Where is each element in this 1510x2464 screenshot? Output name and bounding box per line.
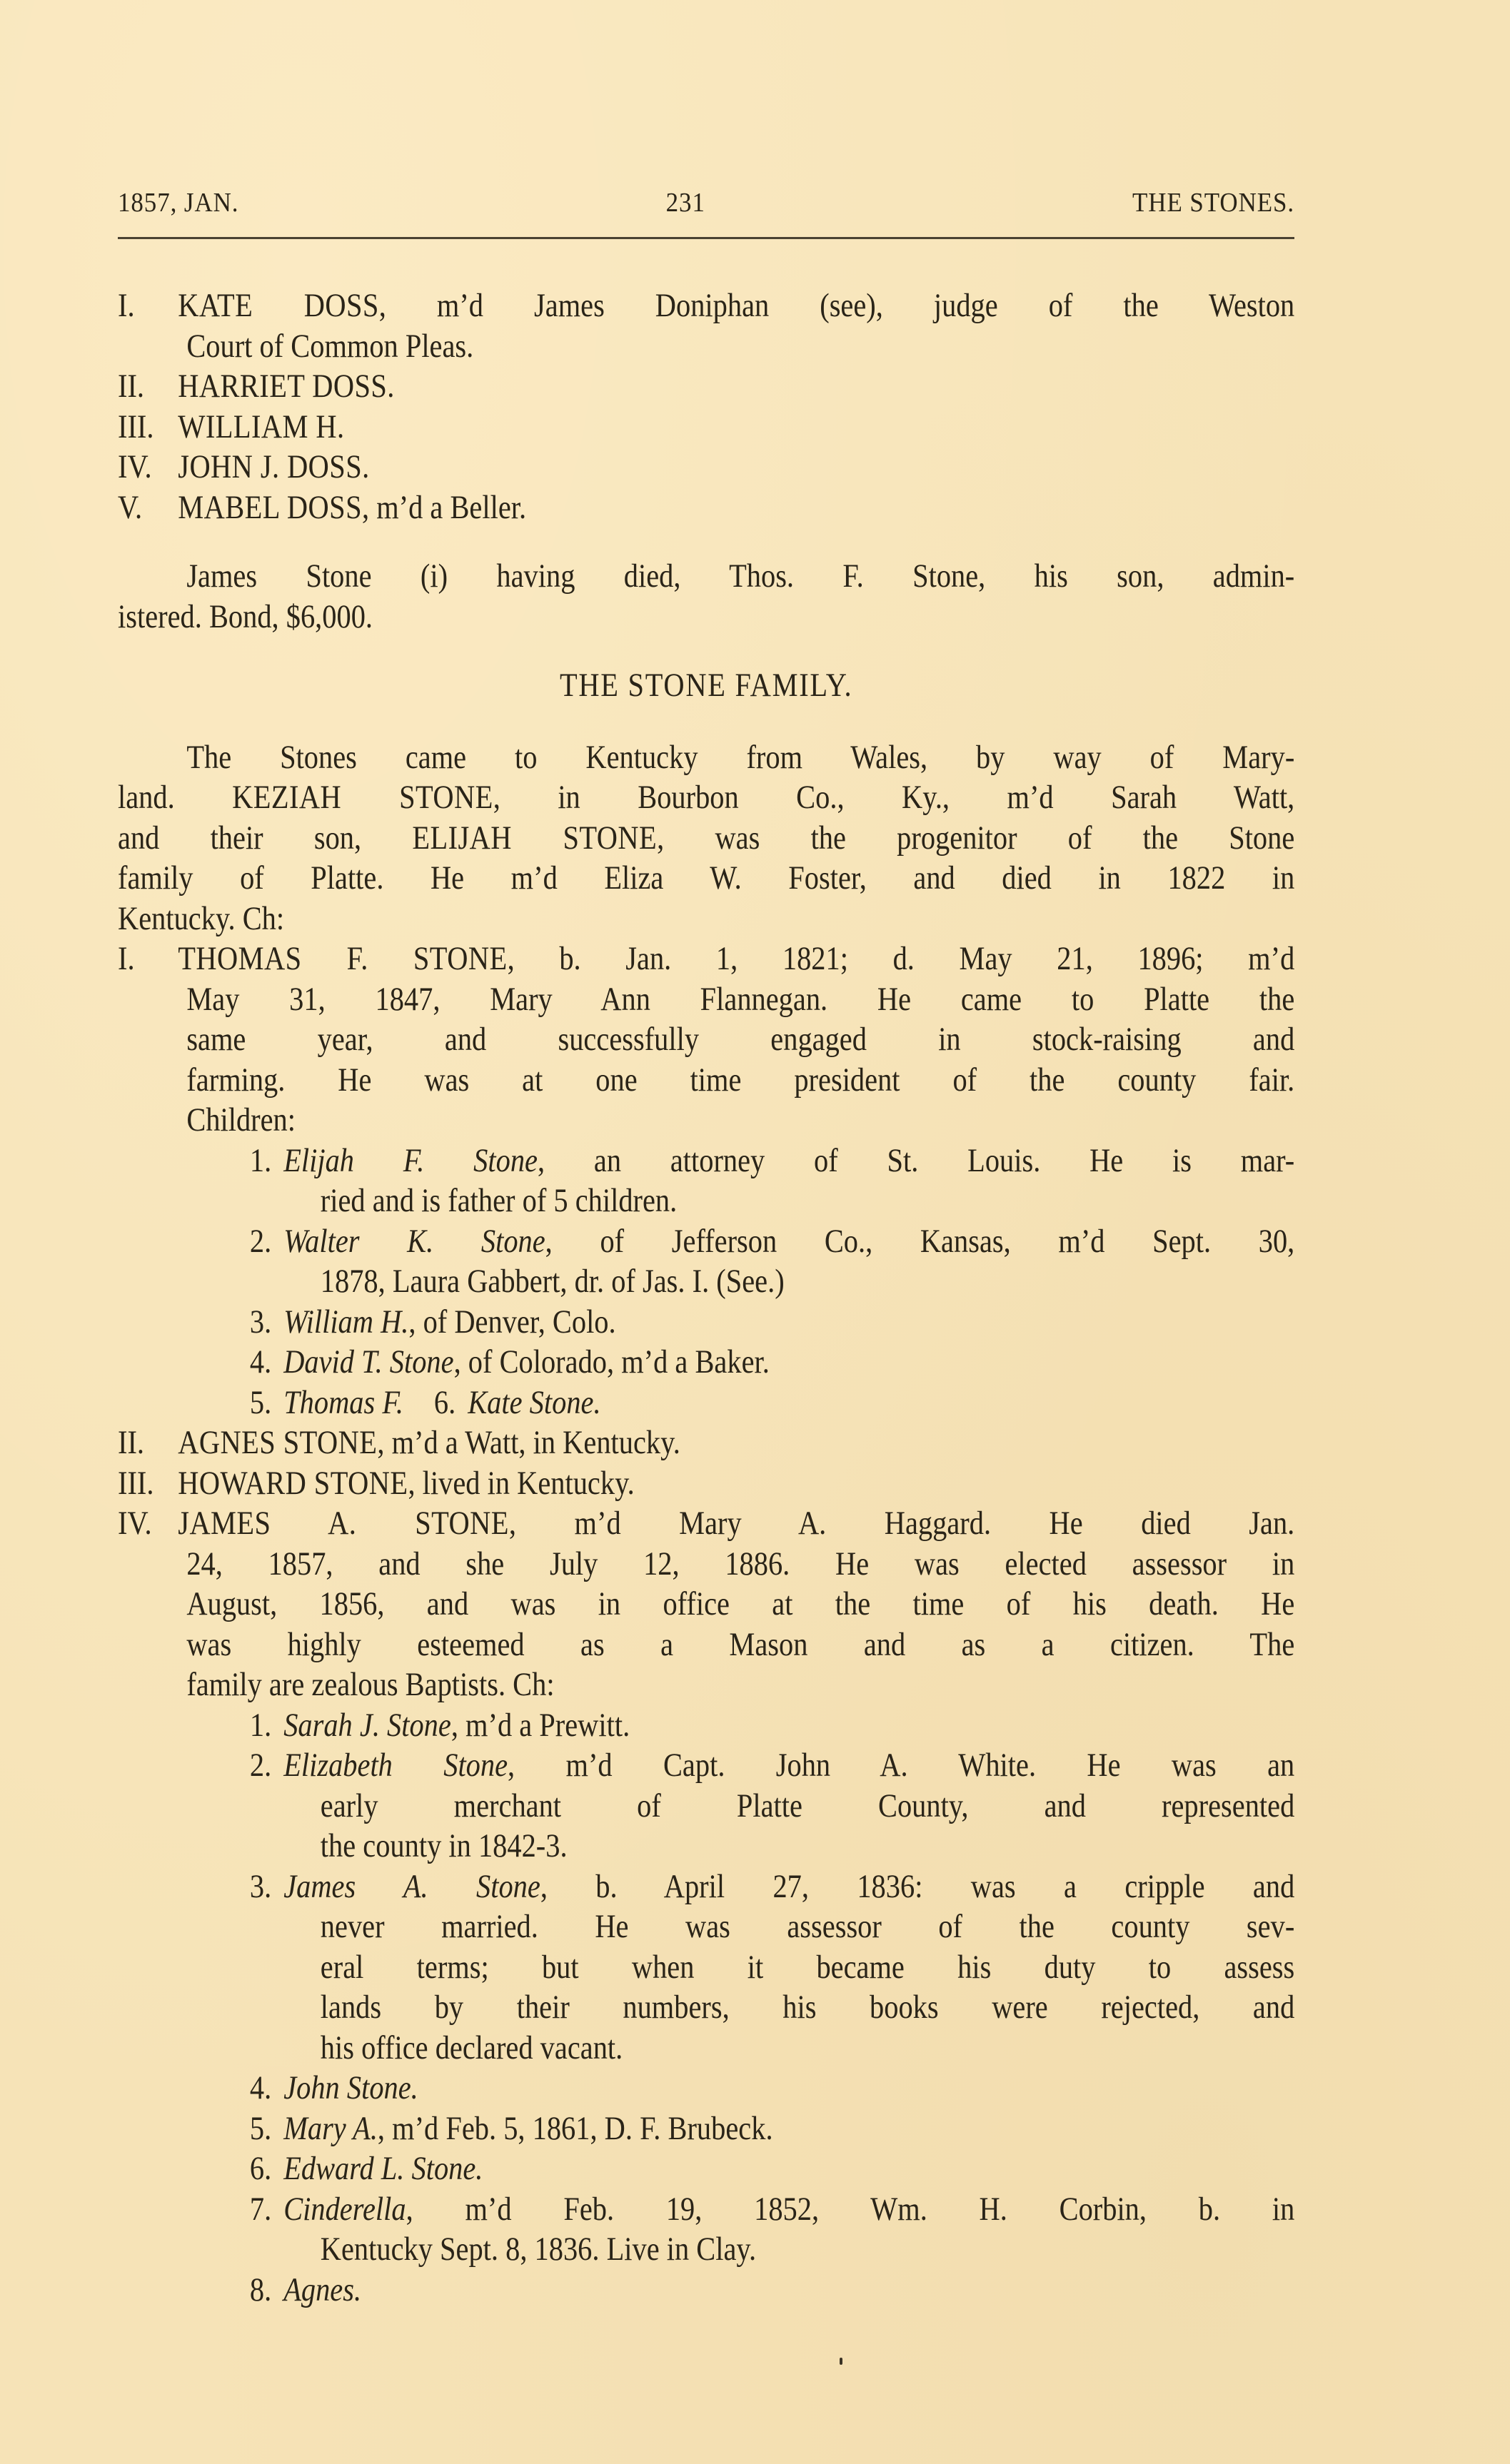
running-head-title: THE STONES. — [1132, 187, 1294, 218]
person-name: Edward L. Stone. — [283, 2150, 483, 2187]
person-name: James A. Stone — [283, 1868, 540, 1905]
grandchild-entry: 3.James A. Stone, b. April 27, 1836: was… — [118, 1867, 1294, 2069]
doss-child-entry: II.HARRIET DOSS. — [118, 366, 1294, 407]
doss-child-entry: III.WILLIAM H. — [118, 407, 1294, 448]
person-name: JAMES A. STONE — [178, 1505, 509, 1542]
person-name: HOWARD STONE — [178, 1465, 408, 1502]
person-name: Mary A. — [283, 2110, 378, 2147]
running-head: 1857, JAN. 231 THE STONES. — [118, 187, 1294, 223]
stone-child-entry-james: IV.JAMES A. STONE, m’d Mary A. Haggard. … — [118, 1503, 1294, 2310]
intro-paragraph: The Stones came to Kentucky from Wales, … — [118, 737, 1294, 939]
doss-child-entry: V.MABEL DOSS, m’d a Beller. — [118, 488, 1294, 528]
doss-child-entry: I.KATE DOSS, m’d James Doniphan (see), j… — [118, 286, 1294, 366]
person-name: MABEL DOSS — [178, 489, 362, 526]
person-name: HARRIET DOSS — [178, 368, 387, 405]
grandchild-entry: 5.Thomas F.6.Kate Stone. — [118, 1383, 1294, 1423]
stone-child-entry-thomas: I.THOMAS F. STONE, b. Jan. 1, 1821; d. M… — [118, 939, 1294, 1423]
grandchild-entry: 7.Cinderella, m’d Feb. 19, 1852, Wm. H. … — [118, 2189, 1294, 2270]
person-name: Elizabeth Stone — [283, 1747, 508, 1784]
page-body: I.KATE DOSS, m’d James Doniphan (see), j… — [118, 286, 1294, 2310]
grandchild-entry: 2.Walter K. Stone, of Jefferson Co., Kan… — [118, 1221, 1294, 1302]
person-name: Agnes. — [283, 2271, 361, 2308]
person-name: ELIJAH STONE — [412, 819, 657, 857]
person-name: David T. Stone — [283, 1343, 453, 1380]
person-name: Kate Stone. — [468, 1384, 600, 1421]
person-name: Elijah F. Stone — [283, 1142, 538, 1179]
book-page: 1857, JAN. 231 THE STONES. I.KATE DOSS, … — [118, 187, 1294, 2310]
grandchild-entry: 4.David T. Stone, of Colorado, m’d a Bak… — [118, 1342, 1294, 1383]
administration-paragraph: James Stone (i) having died, Thos. F. St… — [118, 556, 1294, 637]
running-head-date: 1857, JAN. — [118, 187, 238, 218]
header-rule — [118, 237, 1294, 239]
person-name: Thomas F. — [283, 1384, 403, 1421]
page-number: 231 — [666, 187, 705, 218]
section-heading: THE STONE FAMILY. — [118, 665, 1294, 706]
person-name: John Stone. — [283, 2069, 418, 2106]
grandchild-entry: 1.Sarah J. Stone, m’d a Prewitt. — [118, 1705, 1294, 1746]
grandchild-entry: 2.Elizabeth Stone, m’d Capt. John A. Whi… — [118, 1745, 1294, 1867]
stone-child-entry-agnes: II.AGNES STONE, m’d a Watt, in Kentucky. — [118, 1423, 1294, 1463]
grandchild-entry: 4.John Stone. — [118, 2068, 1294, 2109]
grandchild-entry: 1.Elijah F. Stone, an attorney of St. Lo… — [118, 1141, 1294, 1221]
person-name: AGNES STONE — [178, 1424, 377, 1461]
paper-speck — [840, 2358, 842, 2365]
grandchild-entry: 6.Edward L. Stone. — [118, 2149, 1294, 2189]
person-name: JOHN J. DOSS — [178, 448, 362, 485]
person-name: THOMAS F. STONE — [178, 940, 507, 977]
doss-child-entry: IV.JOHN J. DOSS. — [118, 447, 1294, 488]
grandchild-entry: 8.Agnes. — [118, 2270, 1294, 2311]
person-name: WILLIAM H — [178, 408, 337, 445]
person-name: KATE DOSS — [178, 287, 379, 324]
person-name: Walter K. Stone — [283, 1223, 545, 1260]
grandchild-entry: 3.William H., of Denver, Colo. — [118, 1302, 1294, 1343]
stone-child-entry-howard: III.HOWARD STONE, lived in Kentucky. — [118, 1463, 1294, 1504]
person-name: Sarah J. Stone — [283, 1707, 451, 1744]
grandchild-entry: 5.Mary A., m’d Feb. 5, 1861, D. F. Brube… — [118, 2109, 1294, 2149]
person-name: Cinderella — [283, 2191, 406, 2228]
person-name: William H. — [283, 1303, 408, 1340]
person-name: KEZIAH STONE — [232, 779, 493, 816]
